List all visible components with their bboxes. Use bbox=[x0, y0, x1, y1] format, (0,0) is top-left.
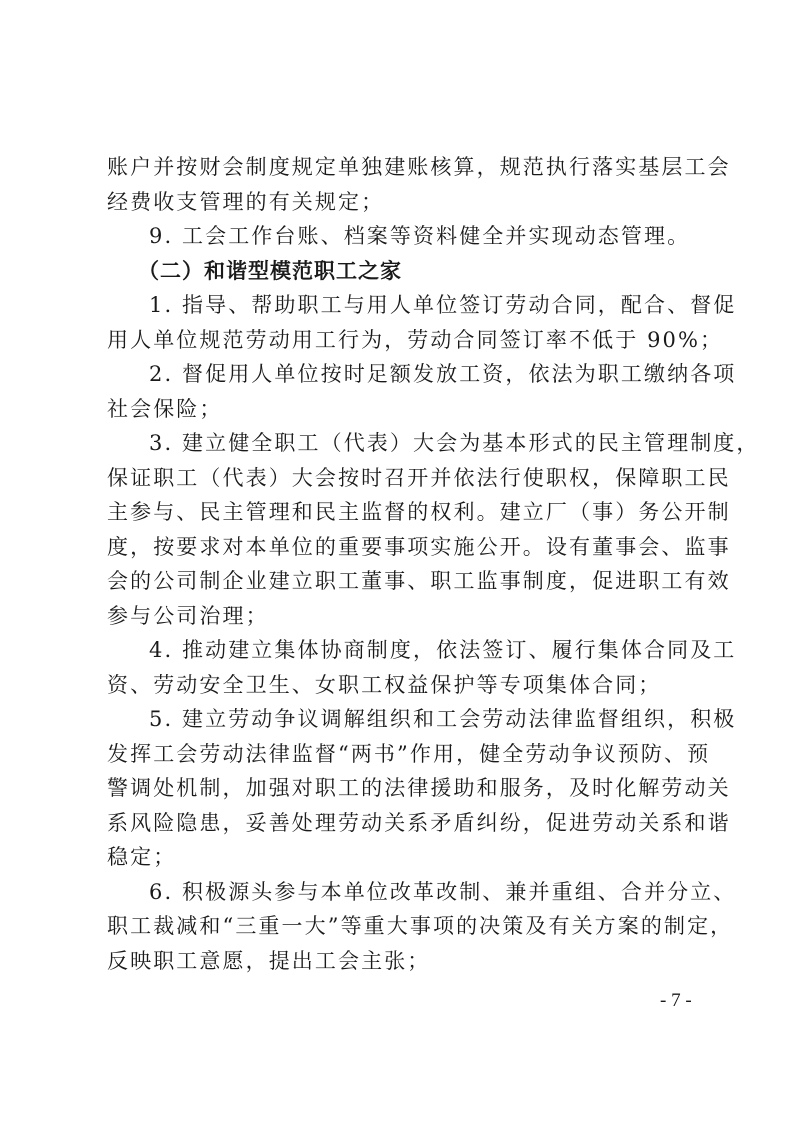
body-text-line: 反映职工意愿，提出工会主张； bbox=[107, 941, 697, 981]
document-page: - 7 - 账户并按财会制度规定单独建账核算，规范执行落实基层工会经费收支管理的… bbox=[0, 0, 793, 1122]
page-number: - 7 - bbox=[660, 990, 692, 1012]
